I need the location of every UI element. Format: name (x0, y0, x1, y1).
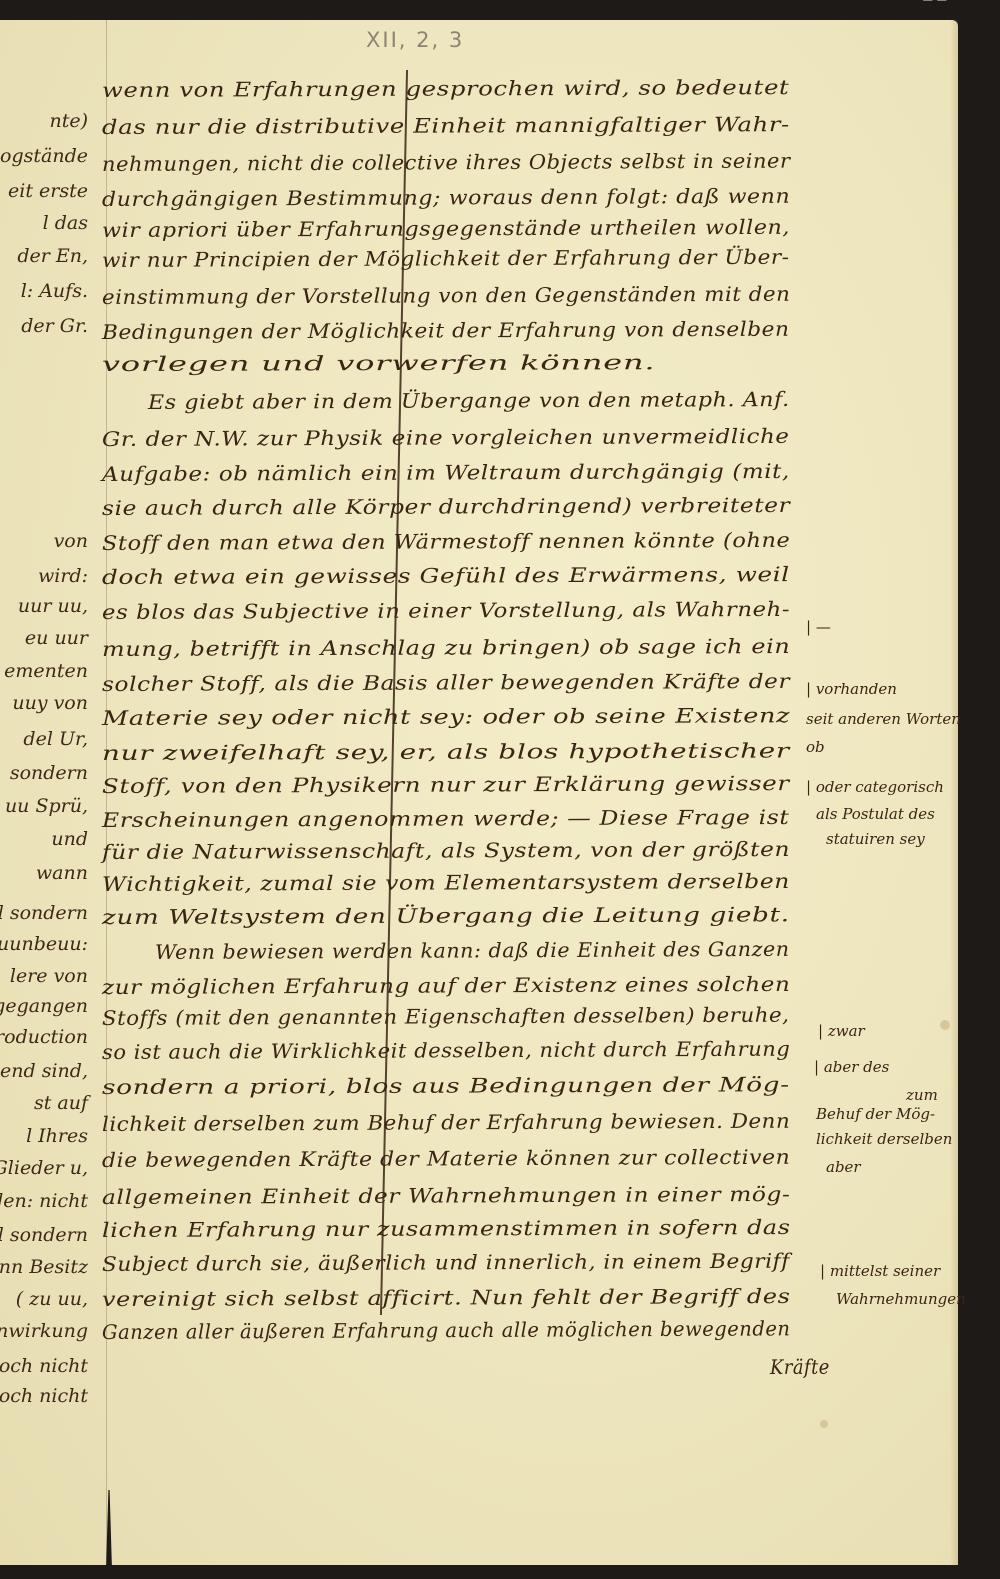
manuscript-line: Erscheinungen angenommen werde; — Diese … (102, 805, 790, 832)
ink-spot (940, 1020, 950, 1030)
manuscript-line: Bedingungen der Möglichkeit der Erfahrun… (102, 317, 790, 344)
left-column-fragment: enigend sind, (0, 1060, 88, 1082)
manuscript-line: nur zweifelhaft sey, er, als blos hypoth… (102, 738, 790, 765)
manuscript-line: Kräfte (770, 1355, 830, 1379)
left-column-fragment: del Ur, (23, 728, 88, 750)
left-column-fragment: uunbeuu: (0, 933, 88, 955)
manuscript-line: zum Weltsystem den Übergang die Leitung … (102, 902, 790, 929)
left-column-fragment: wann (36, 862, 88, 884)
manuscript-line: die bewegenden Kräfte der Materie können… (102, 1145, 790, 1172)
left-column-fragment: och nicht (0, 1355, 88, 1377)
manuscript-line: wir nur Principien der Möglichkeit der E… (102, 245, 790, 272)
manuscript-line: Wenn bewiesen werden kann: daß die Einhe… (155, 937, 790, 964)
manuscript-line: Ganzen aller äußeren Erfahrung auch alle… (102, 1316, 791, 1344)
left-column-fragment: von (54, 530, 88, 552)
left-column-fragment: l Ihres (26, 1125, 88, 1147)
left-column-fragment: l das (43, 212, 88, 234)
left-column-fragment: l sondern (0, 1224, 88, 1246)
manuscript-line: Subject durch sie, äußerlich und innerli… (102, 1249, 790, 1276)
manuscript-line: sie auch durch alle Körper durchdringend… (102, 493, 791, 520)
shelfmark-label: XII, 2, 3 (366, 28, 464, 52)
manuscript-line: doch etwa ein gewisses Gefühl des Erwärm… (102, 562, 790, 589)
manuscript-line: vorlegen und vorwerfen können. (102, 350, 656, 376)
margin-note: Behuf der Mög- (816, 1105, 935, 1123)
margin-note: als Postulat des (816, 805, 935, 823)
manuscript-line: es blos das Subjective in einer Vorstell… (102, 597, 790, 624)
left-column-fragment: gegangen (0, 995, 88, 1017)
manuscript-line: Gr. der N.W. zur Physik eine vorgleichen… (102, 424, 790, 451)
manuscript-line: allgemeinen Einheit der Wahrnehmungen in… (102, 1182, 791, 1209)
manuscript-line: zur möglichen Erfahrung auf der Existenz… (102, 972, 791, 999)
margin-note: statuiren sey (826, 830, 925, 848)
manuscript-line: wir apriori über Erfahrungsgegenstände u… (102, 215, 790, 242)
margin-note: | mittelst seiner (820, 1262, 940, 1280)
left-column-fragment: Einwirkung (0, 1320, 88, 1342)
manuscript-line: das nur die distributive Einheit mannigf… (102, 112, 790, 139)
left-column-fragment: eu uur (25, 627, 88, 649)
manuscript-line: für die Naturwissenschaft, als System, v… (102, 837, 790, 864)
margin-note: seit anderen Worten (806, 710, 961, 728)
margin-note: | aber des (814, 1058, 889, 1076)
manuscript-line: mung, betrifft in Anschlag zu bringen) o… (102, 634, 790, 661)
manuscript-sheet: XII, 2, 3 nte)ogständeeit erstel dasder … (0, 20, 958, 1565)
left-column-fragment: nte) (49, 110, 88, 132)
left-column-fragment: ( zu uu, (16, 1288, 88, 1310)
shelfmark-text: XII, 2, 3 (366, 28, 464, 52)
manuscript-line: Materie sey oder nicht sey: oder ob sein… (102, 703, 790, 730)
left-column-fragment: uu Sprü, (5, 795, 88, 817)
manuscript-line: sondern a priori, blos aus Bedingungen d… (102, 1072, 790, 1099)
left-column-fragment: der Gr. (21, 315, 88, 337)
margin-note: | vorhanden (806, 680, 897, 698)
margin-note: lichkeit derselben (816, 1130, 952, 1148)
left-column-fragment: st auf (34, 1092, 88, 1114)
margin-note: zum (906, 1086, 938, 1104)
left-column-fragment: uur uu, (18, 595, 88, 617)
manuscript-line: so ist auch die Wirklichkeit desselben, … (102, 1037, 790, 1064)
left-column-fragment: uuy von (12, 692, 88, 714)
left-column-fragment: und (51, 828, 88, 850)
margin-note: Wahrnehmungen (836, 1290, 966, 1308)
manuscript-line: Stoff den man etwa den Wärmestoff nennen… (102, 528, 791, 555)
left-column-fragment: ogstände (0, 145, 88, 167)
left-column-fragment: l: Aufs. (21, 280, 88, 302)
margin-note: aber (826, 1158, 861, 1176)
manuscript-line: Es giebt aber in dem Übergange von den m… (148, 387, 790, 414)
left-column-fragment: enn Besitz (0, 1256, 88, 1278)
manuscript-line: vereinigt sich selbst afficirt. Nun fehl… (102, 1284, 791, 1311)
manuscript-line: Aufgabe: ob nämlich ein im Weltraum durc… (102, 459, 790, 486)
margin-note: | oder categorisch (806, 778, 944, 796)
left-column-fragment: sondern (10, 762, 88, 784)
left-column-fragment: lere von (10, 965, 88, 987)
ink-spot (820, 1420, 828, 1428)
left-column-fragment: Glieder u, (0, 1157, 88, 1179)
left-column-fragment: roduction (0, 1026, 88, 1048)
manuscript-line: einstimmung der Vorstellung von den Gege… (102, 282, 790, 309)
manuscript-line: Wichtigkeit, zumal sie vom Elementarsyst… (102, 869, 790, 896)
margin-note: | — (806, 618, 831, 636)
manuscript-line: Stoff, von den Physikern nur zur Erkläru… (102, 771, 790, 798)
left-column-fragment: och nicht (0, 1385, 88, 1407)
manuscript-line: Stoffs (mit den genannten Eigenschaften … (102, 1003, 790, 1030)
left-column-fragment: eit erste (8, 180, 88, 202)
margin-note: | zwar (818, 1022, 865, 1040)
left-column-fragment: der En, (17, 245, 88, 267)
manuscript-line: lichen Erfahrung nur zusammenstimmen in … (102, 1215, 791, 1242)
left-column-fragment: bilden: nicht (0, 1190, 88, 1212)
left-column-fragment: l sondern (0, 902, 88, 924)
manuscript-line: durchgängigen Bestimmung; woraus denn fo… (102, 184, 790, 211)
margin-note: ob (806, 738, 825, 756)
left-column-fragment: ementen (4, 660, 88, 682)
manuscript-line: solcher Stoff, als die Basis aller beweg… (102, 669, 790, 696)
sheet-edge-shadow (950, 20, 958, 1565)
folio-number: 11 (922, 0, 950, 7)
left-column-fragment: wird: (38, 565, 88, 587)
manuscript-line: nehmungen, nicht die collective ihres Ob… (102, 149, 791, 176)
manuscript-line: wenn von Erfahrungen gesprochen wird, so… (102, 75, 790, 102)
manuscript-line: lichkeit derselben zum Behuf der Erfahru… (102, 1109, 790, 1136)
